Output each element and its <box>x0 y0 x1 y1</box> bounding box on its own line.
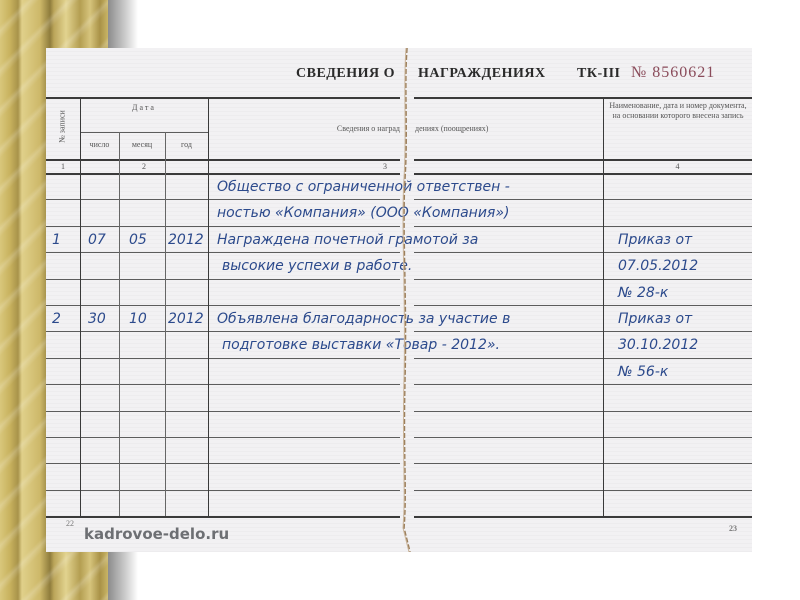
grid-hline <box>46 437 400 438</box>
grid-hline <box>46 358 400 359</box>
grid-hline <box>414 490 752 491</box>
grid-hline <box>46 384 400 385</box>
entry-day: 30 <box>88 309 106 329</box>
header-record-no: № записи <box>58 102 67 152</box>
entry-award-info: Общество с ограниченной ответствен - <box>217 177 510 197</box>
grid-vline <box>80 97 81 516</box>
header-month: месяц <box>119 140 165 150</box>
col-number-3: 3 <box>370 162 400 172</box>
grid-vline <box>119 132 120 516</box>
header-basis: Наименование, дата и номер документа, на… <box>608 101 748 121</box>
grid-hline <box>414 411 752 412</box>
grid-hline <box>414 252 752 253</box>
entry-record-no: 2 <box>52 309 61 329</box>
grid-hline <box>46 305 400 306</box>
header-year: год <box>165 140 208 150</box>
grid-hline <box>46 97 400 99</box>
entry-basis-document: 07.05.2012 <box>618 256 698 276</box>
entry-month: 10 <box>129 309 147 329</box>
grid-hline <box>46 252 400 253</box>
entry-year: 2012 <box>168 230 204 250</box>
grid-hline <box>414 199 752 200</box>
col-number-4: 4 <box>603 162 752 172</box>
entry-basis-document: Приказ от <box>618 309 692 329</box>
entry-day: 07 <box>88 230 106 250</box>
title-left: СВЕДЕНИЯ О <box>296 66 395 84</box>
entry-award-info: высокие успехи в работе. <box>222 256 412 276</box>
grid-hline <box>46 331 400 332</box>
grid-vline <box>208 97 209 516</box>
grid-hline <box>414 305 752 306</box>
col-number-2: 2 <box>80 162 208 172</box>
serial-number: № 8560621 <box>631 64 715 82</box>
grid-hline <box>46 279 400 280</box>
grid-hline <box>80 132 208 133</box>
header-day: число <box>80 140 119 150</box>
grid-hline <box>414 437 752 438</box>
grid-hline <box>46 411 400 412</box>
grid-vline <box>165 132 166 516</box>
grid-hline <box>46 199 400 200</box>
grid-hline <box>414 358 752 359</box>
grid-hline <box>414 516 752 518</box>
grid-hline <box>414 97 752 99</box>
grid-hline <box>414 159 752 161</box>
page-number-left: 22 <box>66 519 74 528</box>
grid-hline <box>46 226 400 227</box>
header-date: Дата <box>80 103 208 113</box>
entry-basis-document: Приказ от <box>618 230 692 250</box>
entry-basis-document: № 28-к <box>618 283 668 303</box>
grid-hline <box>46 463 400 464</box>
entry-award-info: Награждена почетной грамотой за <box>217 230 478 250</box>
grid-hline <box>46 159 400 161</box>
grid-hline <box>414 384 752 385</box>
title-right: НАГРАЖДЕНИЯХ <box>418 66 546 84</box>
grid-hline <box>414 173 752 175</box>
grid-hline <box>414 463 752 464</box>
grid-hline <box>414 279 752 280</box>
entry-record-no: 1 <box>52 230 61 250</box>
grid-hline <box>414 226 752 227</box>
grid-hline <box>46 490 400 491</box>
book-fold-seam <box>398 48 414 552</box>
header-info-left: Сведения о наград <box>290 124 400 134</box>
grid-hline <box>46 516 400 518</box>
entry-award-info: Объявлена благодарность за участие в <box>217 309 510 329</box>
col-number-1: 1 <box>46 162 80 172</box>
watermark: kadrovoe-delo.ru <box>84 525 229 543</box>
grid-vline <box>603 97 604 516</box>
entry-award-info: подготовке выставки «Товар - 2012». <box>222 335 500 355</box>
grid-hline <box>46 173 400 175</box>
entry-year: 2012 <box>168 309 204 329</box>
form-code: ТК-III <box>577 66 621 84</box>
entry-award-info: ностью «Компания» (ООО «Компания») <box>217 203 509 223</box>
header-info-right: дениях (поощрениях) <box>415 124 535 134</box>
entry-basis-document: № 56-к <box>618 362 668 382</box>
entry-basis-document: 30.10.2012 <box>618 335 698 355</box>
entry-month: 05 <box>129 230 147 250</box>
page-number-right: 23 <box>729 524 737 533</box>
grid-hline <box>414 331 752 332</box>
